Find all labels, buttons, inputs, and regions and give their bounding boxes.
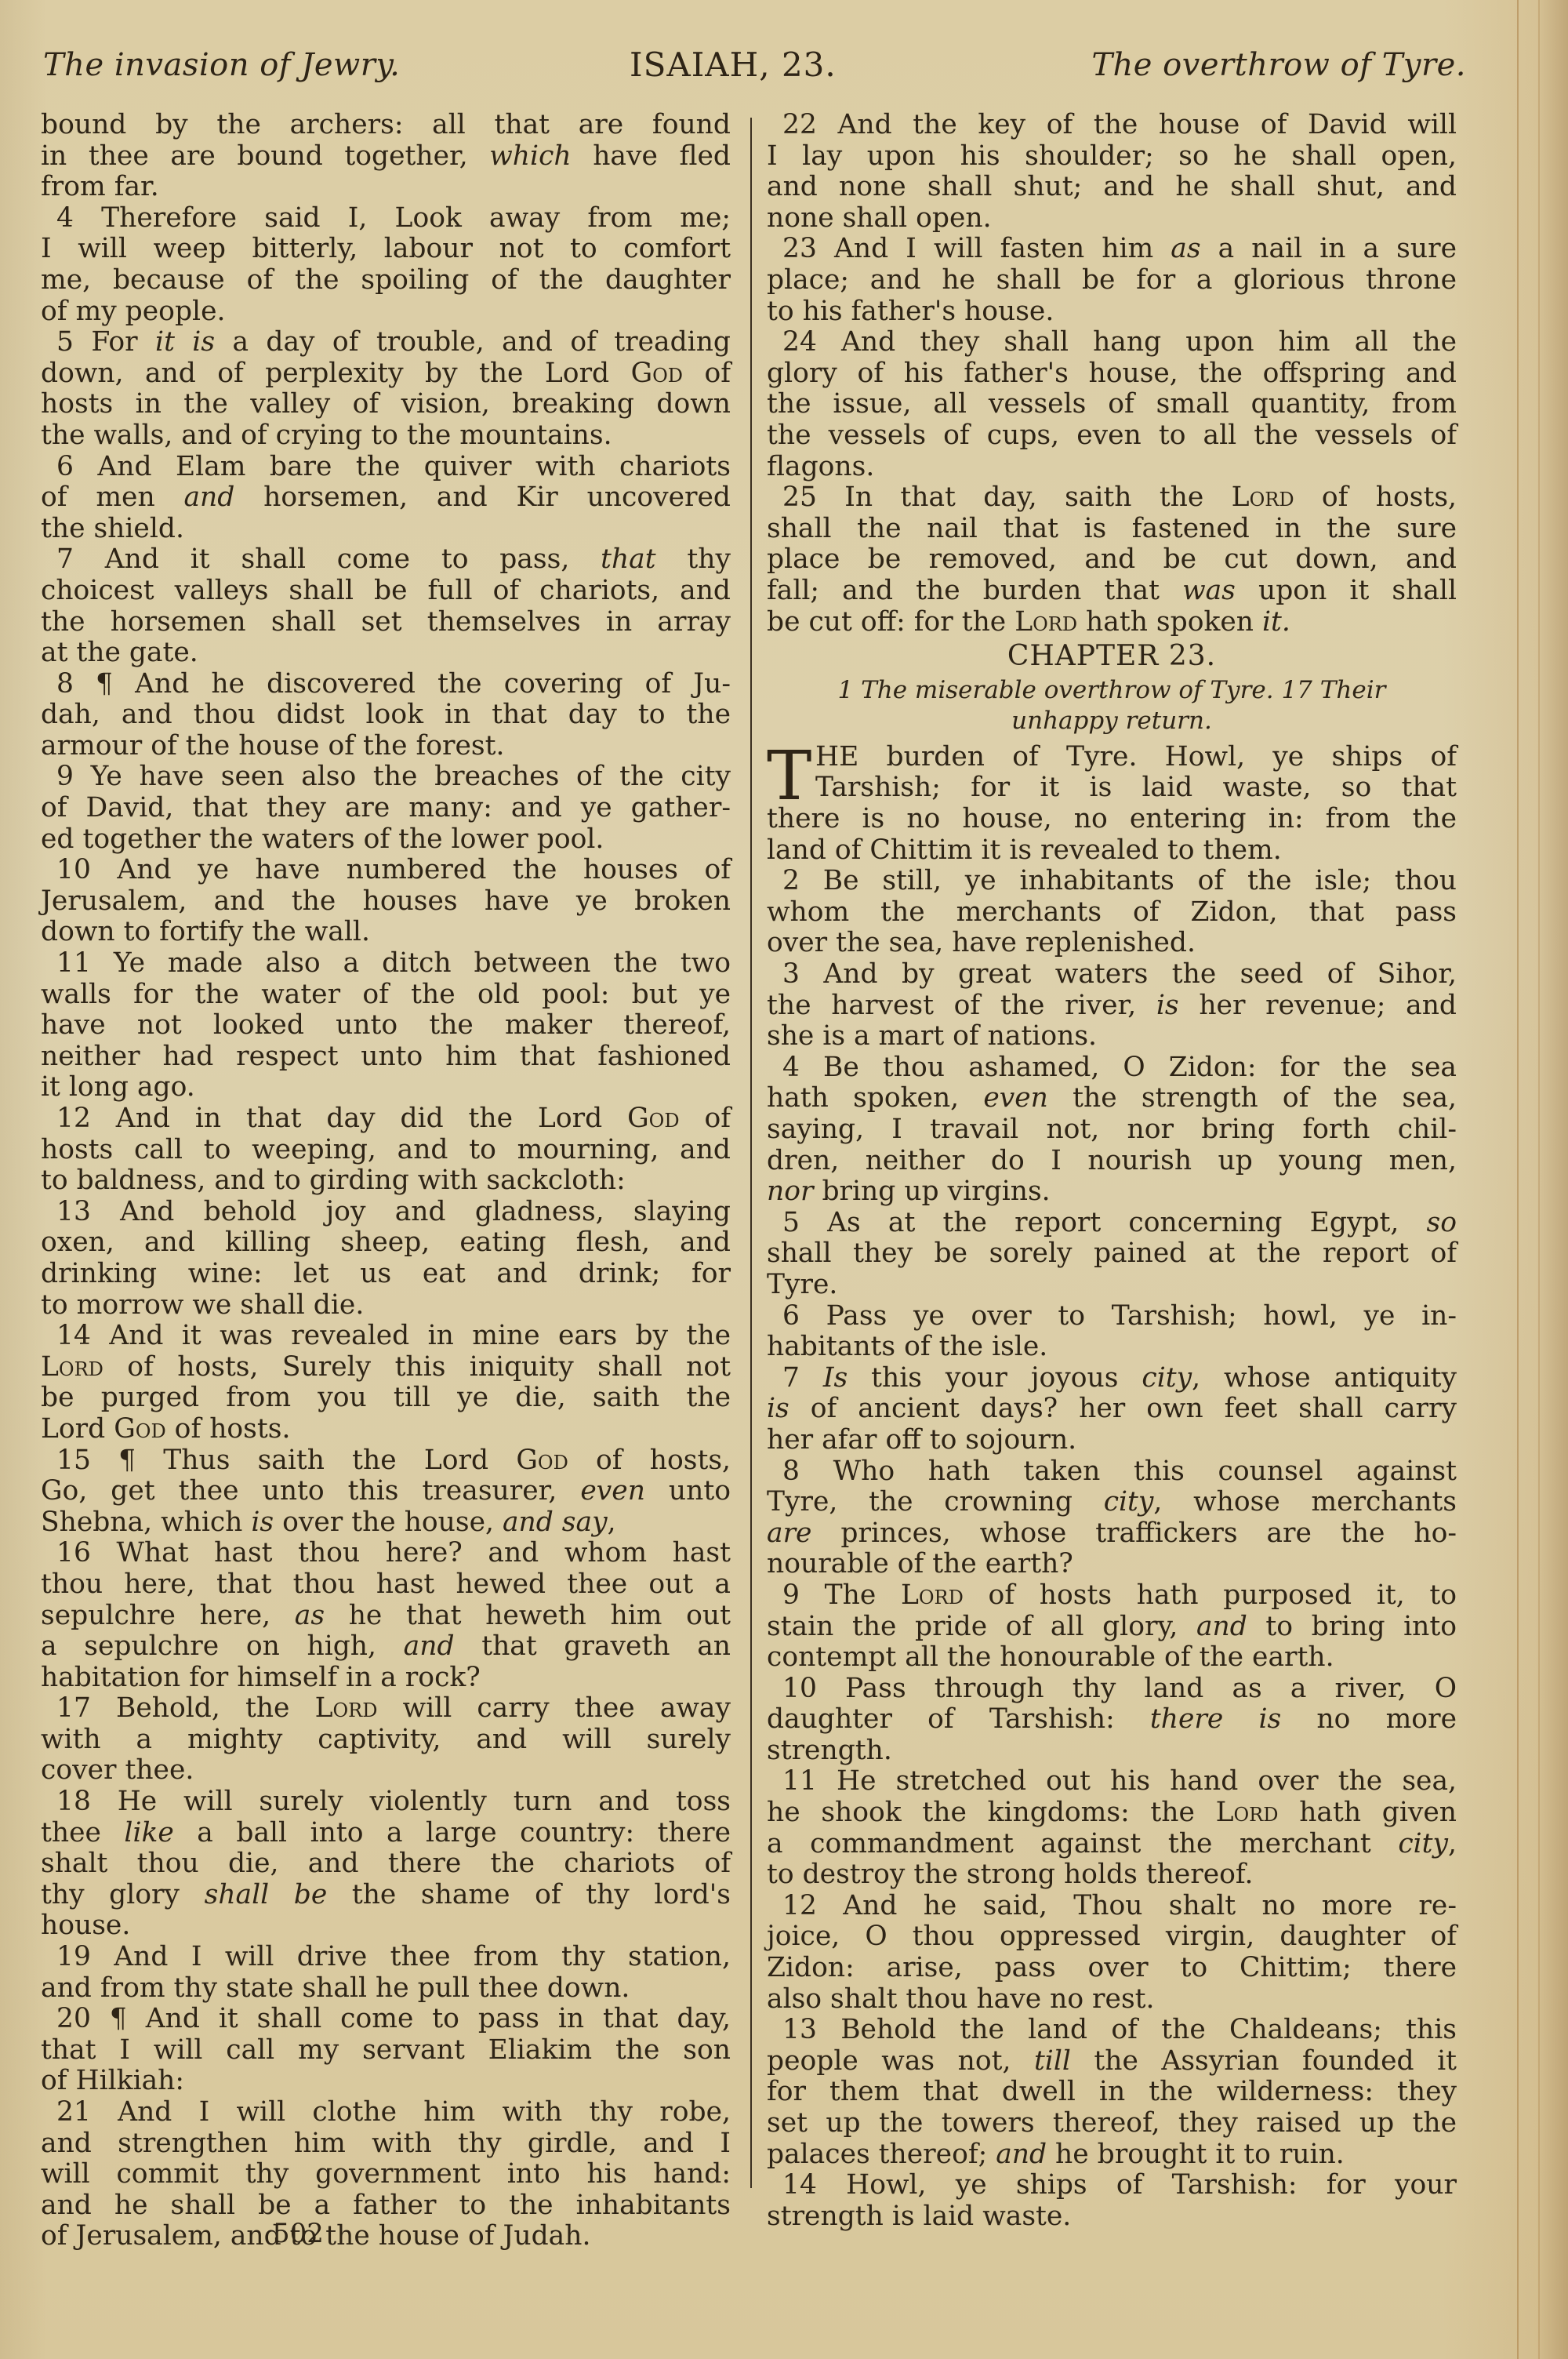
verse-line: habitation for himself in a rock? xyxy=(41,1663,731,1694)
verse-line: Tyre, the crowning city, whose merchants xyxy=(767,1487,1457,1518)
verse-line: 5 As at the report concerning Egypt, so xyxy=(767,1208,1457,1239)
verse-line: 22 And the key of the house of David wil… xyxy=(767,110,1457,141)
verse-line: thee like a ball into a large country: t… xyxy=(41,1818,731,1849)
verse-line: strength is laid waste. xyxy=(767,2201,1457,2233)
verse-line: the harvest of the river, is her revenue… xyxy=(767,990,1457,1022)
verse-line: Lord of hosts, Surely this iniquity shal… xyxy=(41,1352,731,1383)
verse-line: I lay upon his shoulder; so he shall ope… xyxy=(767,141,1457,173)
verse-line: 11 He stretched out his hand over the se… xyxy=(767,1766,1457,1797)
verse-line: and strengthen him with thy girdle, and … xyxy=(41,2128,731,2160)
verse-line: oxen, and killing sheep, eating flesh, a… xyxy=(41,1227,731,1259)
verse-line: a commandment against the merchant city, xyxy=(767,1829,1457,1860)
verse-line: it long ago. xyxy=(41,1072,731,1103)
verse-line: palaces thereof; and he brought it to ru… xyxy=(767,2139,1457,2171)
verse-line: Shebna, which is over the house, and say… xyxy=(41,1507,731,1539)
verse-line: land of Chittim it is revealed to them. xyxy=(767,835,1457,867)
verse-line: 8 ¶ And he discovered the covering of Ju… xyxy=(41,669,731,700)
verse-line: armour of the house of the forest. xyxy=(41,731,731,762)
verse-line: 2 Be still, ye inhabitants of the isle; … xyxy=(767,866,1457,897)
verse-line: down to fortify the wall. xyxy=(41,917,731,948)
verse-line: glory of his father's house, the offspri… xyxy=(767,358,1457,390)
verse-line: 9 The Lord of hosts hath purposed it, to xyxy=(767,1580,1457,1612)
verse-line: 13 And behold joy and gladness, slaying xyxy=(41,1197,731,1228)
verse-line: of Jerusalem, and to the house of Judah. xyxy=(41,2221,731,2252)
verse-line: also shalt thou have no rest. xyxy=(767,1984,1457,2016)
verse-line: to baldness, and to girding with sackclo… xyxy=(41,1165,731,1197)
verse-line: set up the towers thereof, they raised u… xyxy=(767,2108,1457,2139)
right-column: 22 And the key of the house of David wil… xyxy=(767,110,1457,2232)
verse-line: Tyre. xyxy=(767,1270,1457,1301)
verse-line: 23 And I will fasten him as a nail in a … xyxy=(767,234,1457,265)
verse-line: 7 Is this your joyous city, whose antiqu… xyxy=(767,1363,1457,1394)
verse-line: contempt all the honourable of the earth… xyxy=(767,1642,1457,1674)
verse-line: the horsemen shall set themselves in arr… xyxy=(41,607,731,638)
verse-line: 25 In that day, saith the Lord of hosts, xyxy=(767,482,1457,514)
verse-line: 4 Therefore said I, Look away from me; xyxy=(41,203,731,234)
verse-line: to his father's house. xyxy=(767,296,1457,328)
verse-line: ed together the waters of the lower pool… xyxy=(41,824,731,856)
verse-line: down, and of perplexity by the Lord God … xyxy=(41,358,731,390)
verse-line: be purged from you till ye die, saith th… xyxy=(41,1383,731,1414)
verse-line: whom the merchants of Zidon, that pass xyxy=(767,897,1457,929)
verse-line: dren, neither do I nourish up young men, xyxy=(767,1146,1457,1177)
verse-line: he shook the kingdoms: the Lord hath giv… xyxy=(767,1797,1457,1829)
verse-line: 20 ¶ And it shall come to pass in that d… xyxy=(41,2004,731,2035)
verse-line: me, because of the spoiling of the daugh… xyxy=(41,265,731,296)
verse-line: there is no house, no entering in: from … xyxy=(767,804,1457,835)
verse-line: she is a mart of nations. xyxy=(767,1021,1457,1052)
verse-line: 12 And he said, Thou shalt no more re- xyxy=(767,1891,1457,1922)
verse-line: nourable of the earth? xyxy=(767,1549,1457,1580)
verse-line: to morrow we shall die. xyxy=(41,1290,731,1321)
verse-line: 15 ¶ Thus saith the Lord God of hosts, xyxy=(41,1445,731,1477)
verse-line: HE burden of Tyre. Howl, ye ships of xyxy=(767,742,1457,773)
verse-line: 3 And by great waters the seed of Sihor, xyxy=(767,959,1457,990)
verse-line: 21 And I will clothe him with thy robe, xyxy=(41,2097,731,2128)
verse-line: dah, and thou didst look in that day to … xyxy=(41,700,731,731)
verse-line: shall they be sorely pained at the repor… xyxy=(767,1238,1457,1270)
page-edge xyxy=(1538,0,1540,2359)
verse-line: joice, O thou oppressed virgin, daughter… xyxy=(767,1921,1457,1953)
page-edge xyxy=(1517,0,1519,2359)
verse-line: I will weep bitterly, labour not to comf… xyxy=(41,234,731,265)
verse-line: 19 And I will drive thee from thy statio… xyxy=(41,1942,731,1973)
chapter-summary-cont: unhappy return. xyxy=(767,706,1457,737)
verse-line: house. xyxy=(41,1910,731,1942)
verse-line: and from thy state shall he pull thee do… xyxy=(41,1973,731,2005)
verse-line: hosts in the valley of vision, breaking … xyxy=(41,389,731,420)
verse-line: over the sea, have replenished. xyxy=(767,928,1457,959)
chapter-heading: CHAPTER 23. xyxy=(767,641,1457,672)
verse-line: strength. xyxy=(767,1736,1457,1767)
chapter-summary: 1 The miserable overthrow of Tyre. 17 Th… xyxy=(767,675,1457,707)
verse-line: is of ancient days? her own feet shall c… xyxy=(767,1394,1457,1425)
verse-line: 13 Behold the land of the Chaldeans; thi… xyxy=(767,2015,1457,2046)
drop-cap: T xyxy=(767,745,811,808)
verse-line: drinking wine: let us eat and drink; for xyxy=(41,1259,731,1290)
verse-line: with a mighty captivity, and will surely xyxy=(41,1725,731,1756)
verse-line: 6 And Elam bare the quiver with chariots xyxy=(41,452,731,483)
verse-line: of David, that they are many: and ye gat… xyxy=(41,793,731,824)
verse-line: to destroy the strong holds thereof. xyxy=(767,1859,1457,1891)
verse-line: a sepulchre on high, and that graveth an xyxy=(41,1631,731,1663)
page-number: 502 xyxy=(273,2218,324,2249)
verse-line: will commit thy government into his hand… xyxy=(41,2159,731,2190)
verse-line: 16 What hast thou here? and whom hast xyxy=(41,1538,731,1569)
verse-line: 10 And ye have numbered the houses of xyxy=(41,855,731,886)
verse-line: shalt thou die, and there the chariots o… xyxy=(41,1848,731,1880)
verse-line: choicest valleys shall be full of chario… xyxy=(41,576,731,607)
verse-line: none shall open. xyxy=(767,203,1457,234)
verse-line: 6 Pass ye over to Tarshish; howl, ye in- xyxy=(767,1301,1457,1332)
running-header: The invasion of Jewry. ISAIAH, 23. The o… xyxy=(43,47,1466,94)
verse-line: and none shall shut; and he shall shut, … xyxy=(767,172,1457,203)
verse-line: for them that dwell in the wilderness: t… xyxy=(767,2077,1457,2108)
verse-line: saying, I travail not, nor bring forth c… xyxy=(767,1114,1457,1146)
verse-line: in thee are bound together, which have f… xyxy=(41,141,731,173)
right-column-verses-ch22: 22 And the key of the house of David wil… xyxy=(767,110,1457,638)
header-right-title: The overthrow of Tyre. xyxy=(1091,47,1466,83)
verse-line: nor bring up virgins. xyxy=(767,1176,1457,1208)
verse-line: the shield. xyxy=(41,514,731,545)
verse-line: habitants of the isle. xyxy=(767,1332,1457,1363)
verse-line: 24 And they shall hang upon him all the xyxy=(767,327,1457,358)
left-column: bound by the archers: all that are found… xyxy=(41,110,731,2252)
verse-line: from far. xyxy=(41,172,731,203)
verse-line: of my people. xyxy=(41,296,731,328)
verse-line: 5 For it is a day of trouble, and of tre… xyxy=(41,327,731,358)
verse-line: 10 Pass through thy land as a river, O xyxy=(767,1674,1457,1705)
verse-line: her afar off to sojourn. xyxy=(767,1425,1457,1456)
verse-line: be cut off: for the Lord hath spoken it. xyxy=(767,607,1457,638)
verse-line: cover thee. xyxy=(41,1755,731,1787)
verse-line: have not looked unto the maker thereof, xyxy=(41,1010,731,1041)
verse-line: Zidon: arise, pass over to Chittim; ther… xyxy=(767,1953,1457,1984)
verse-line: of men and horsemen, and Kir uncovered xyxy=(41,482,731,514)
right-column-verses-ch23: there is no house, no entering in: from … xyxy=(767,804,1457,2232)
verse-line: that I will call my servant Eliakim the … xyxy=(41,2035,731,2066)
verse-line: 14 Howl, ye ships of Tarshish: for your xyxy=(767,2170,1457,2201)
verse-line: hath spoken, even the strength of the se… xyxy=(767,1083,1457,1114)
verse-line: bound by the archers: all that are found xyxy=(41,110,731,141)
verse-line: thou here, that thou hast hewed thee out… xyxy=(41,1569,731,1601)
verse-line: and he shall be a father to the inhabita… xyxy=(41,2190,731,2222)
verse-line: 17 Behold, the Lord will carry thee away xyxy=(41,1693,731,1725)
verse-line: Go, get thee unto this treasurer, even u… xyxy=(41,1476,731,1507)
verse-line: walls for the water of the old pool: but… xyxy=(41,980,731,1011)
verse-line: shall the nail that is fastened in the s… xyxy=(767,514,1457,545)
verse-line: 4 Be thou ashamed, O Zidon: for the sea xyxy=(767,1052,1457,1084)
verse-line: the issue, all vessels of small quantity… xyxy=(767,389,1457,420)
chapter-opening: T HE burden of Tyre. Howl, ye ships of T… xyxy=(767,742,1457,804)
verse-line: place; and he shall be for a glorious th… xyxy=(767,265,1457,296)
verse-line: the vessels of cups, even to all the ves… xyxy=(767,420,1457,452)
verse-line: 11 Ye made also a ditch between the two xyxy=(41,948,731,980)
verse-line: thy glory shall be the shame of thy lord… xyxy=(41,1880,731,1911)
verse-line: people was not, till the Assyrian founde… xyxy=(767,2046,1457,2077)
verse-line: 18 He will surely violently turn and tos… xyxy=(41,1787,731,1818)
header-book-chapter: ISAIAH, 23. xyxy=(630,45,837,84)
verse-line: Jerusalem, and the houses have ye broken xyxy=(41,886,731,918)
verse-line: hosts call to weeping, and to mourning, … xyxy=(41,1135,731,1166)
verse-line: flagons. xyxy=(767,452,1457,483)
verse-line: sepulchre here, as he that heweth him ou… xyxy=(41,1601,731,1632)
verse-line: are princes, whose traffickers are the h… xyxy=(767,1518,1457,1550)
book-page: The invasion of Jewry. ISAIAH, 23. The o… xyxy=(0,0,1568,2359)
verse-line: daughter of Tarshish: there is no more xyxy=(767,1704,1457,1736)
verse-line: stain the pride of all glory, and to bri… xyxy=(767,1612,1457,1643)
column-divider xyxy=(750,118,752,2188)
verse-line: at the gate. xyxy=(41,638,731,669)
verse-line: of Hilkiah: xyxy=(41,2066,731,2097)
verse-line: the walls, and of crying to the mountain… xyxy=(41,420,731,452)
verse-line: 8 Who hath taken this counsel against xyxy=(767,1456,1457,1488)
verse-line: 7 And it shall come to pass, that thy xyxy=(41,544,731,576)
verse-line: place be removed, and be cut down, and xyxy=(767,544,1457,576)
verse-line: 9 Ye have seen also the breaches of the … xyxy=(41,761,731,793)
verse-line: 12 And in that day did the Lord God of xyxy=(41,1103,731,1135)
verse-line: 14 And it was revealed in mine ears by t… xyxy=(41,1321,731,1352)
verse-line: Lord God of hosts. xyxy=(41,1414,731,1445)
verse-line: neither had respect unto him that fashio… xyxy=(41,1041,731,1073)
header-left-title: The invasion of Jewry. xyxy=(43,47,400,83)
verse-line: Tarshish; for it is laid waste, so that xyxy=(767,772,1457,804)
verse-line: fall; and the burden that was upon it sh… xyxy=(767,576,1457,607)
